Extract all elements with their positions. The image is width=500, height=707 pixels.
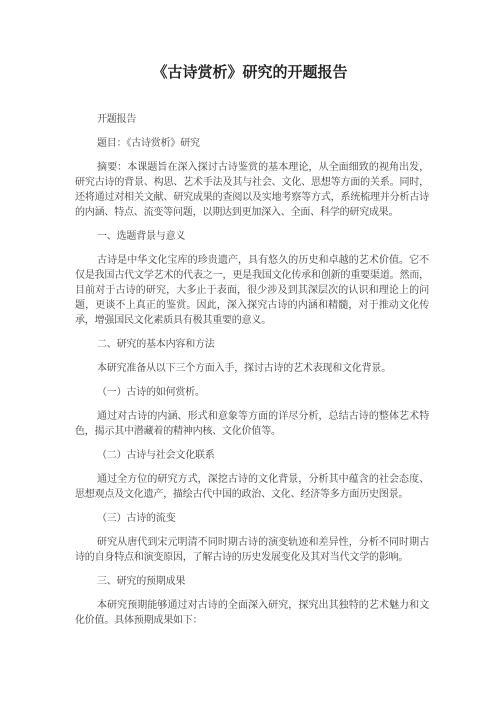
paragraph-item-3-body: 研究从唐代到宋元明清不同时期古诗的演变轨迹和差异性，分析不同时期古诗的自身特点和… (75, 535, 429, 565)
paragraph-section-2-intro: 本研究准备从以下三个方面入手，探讨古诗的艺术表现和文化背景。 (75, 361, 429, 376)
heading-section-2: 二、研究的基本内容和方法 (75, 337, 429, 352)
document-body: 开题报告 题目：《古诗赏析》研究 摘要：本课题旨在深入探讨古诗鉴赏的基本理论，从… (0, 83, 500, 628)
subheading-item-2: （二）古诗与社会文化联系 (75, 448, 429, 463)
heading-section-1: 一、选题背景与意义 (75, 229, 429, 244)
paragraph-topic-line: 题目：《古诗赏析》研究 (75, 136, 429, 151)
heading-section-3: 三、研究的预期成果 (75, 574, 429, 589)
paragraph-item-1-body: 通过对古诗的内涵、形式和意象等方面的详尽分析，总结古诗的整体艺术特色，揭示其中潜… (75, 409, 429, 439)
paragraph-abstract: 摘要：本课题旨在深入探讨古诗鉴赏的基本理论，从全面细致的视角出发，研究古诗的背景… (75, 160, 429, 220)
document-page: 《古诗赏析》研究的开题报告 开题报告 题目：《古诗赏析》研究 摘要：本课题旨在深… (0, 0, 500, 707)
subheading-item-3: （三）古诗的流变 (75, 511, 429, 526)
paragraph-report-type: 开题报告 (75, 112, 429, 127)
subheading-item-1: （一）古诗的如何赏析。 (75, 385, 429, 400)
paragraph-section-3-body: 本研究预期能够通过对古诗的全面深入研究，探究出其独特的艺术魅力和文化价值。具体预… (75, 598, 429, 628)
paragraph-section-1-body: 古诗是中华文化宝库的珍贵遗产，具有悠久的历史和卓越的艺术价值。它不仅是我国古代文… (75, 253, 429, 328)
document-title: 《古诗赏析》研究的开题报告 (0, 0, 500, 83)
paragraph-item-2-body: 通过全方位的研究方式，深挖古诗的文化背景，分析其中蕴含的社会态度、思想观点及文化… (75, 472, 429, 502)
